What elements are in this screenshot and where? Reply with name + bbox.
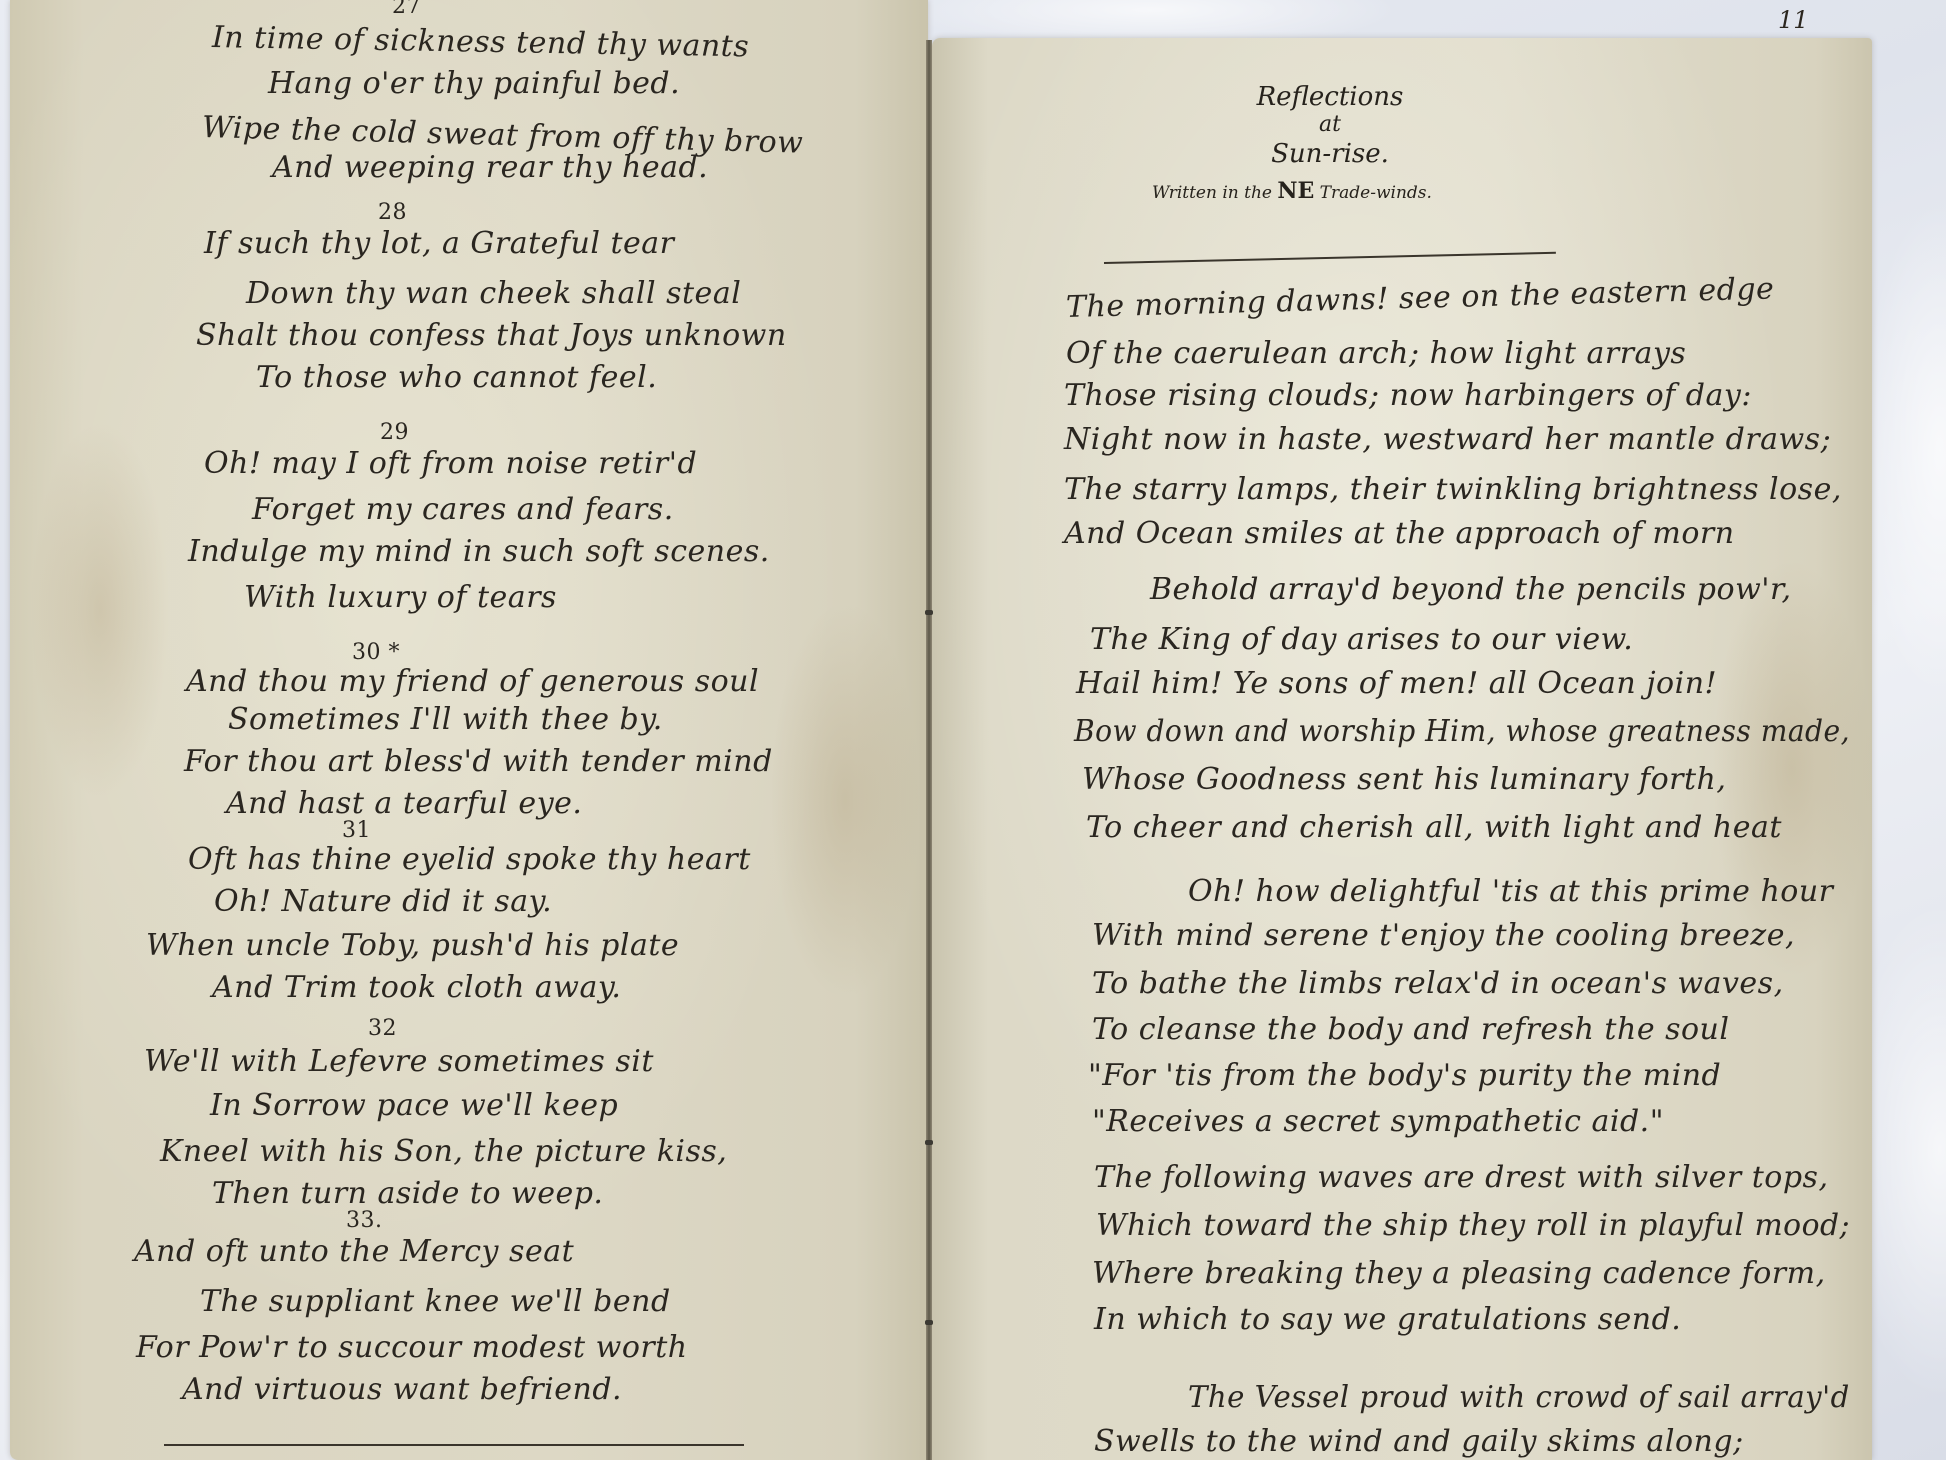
poem-line: With luxury of tears bbox=[244, 580, 557, 615]
poem-line: The Vessel proud with crowd of sail arra… bbox=[1188, 1380, 1850, 1415]
poem-line: Down thy wan cheek shall steal bbox=[246, 276, 741, 311]
poem-line: And weeping rear thy head. bbox=[272, 150, 708, 185]
end-rule bbox=[164, 1444, 744, 1446]
poem-line: And Trim took cloth away. bbox=[212, 970, 621, 1005]
poem-line: Swells to the wind and gaily skims along… bbox=[1094, 1424, 1744, 1459]
paper-stain bbox=[30, 420, 170, 800]
stanza-number: 30 * bbox=[352, 640, 400, 665]
poem-line: Oh! Nature did it say. bbox=[214, 884, 552, 919]
title-line-1: Reflections bbox=[1200, 82, 1460, 112]
poem-line: In which to say we gratulations send. bbox=[1094, 1302, 1681, 1337]
page-number: 11 bbox=[1778, 6, 1809, 34]
poem-line: The King of day arises to our view. bbox=[1090, 622, 1633, 657]
poem-line: Shalt thou confess that Joys unknown bbox=[196, 318, 787, 353]
stanza-number: 31 bbox=[342, 818, 371, 843]
poem-line: "For 'tis from the body's purity the min… bbox=[1088, 1058, 1721, 1093]
poem-line: Kneel with his Son, the picture kiss, bbox=[160, 1134, 727, 1169]
poem-line: And Ocean smiles at the approach of morn bbox=[1064, 516, 1735, 551]
subtitle-post: Trade-winds. bbox=[1314, 183, 1432, 203]
poem-line: Then turn aside to weep. bbox=[212, 1176, 603, 1211]
poem-line: And oft unto the Mercy seat bbox=[134, 1234, 574, 1269]
poem-line: The suppliant knee we'll bend bbox=[200, 1284, 671, 1319]
cloth-background-fold bbox=[1860, 200, 1946, 700]
poem-line: And virtuous want befriend. bbox=[182, 1372, 622, 1407]
poem-line: And hast a tearful eye. bbox=[226, 786, 582, 821]
stanza-number: 32 bbox=[368, 1016, 397, 1041]
paper-stain bbox=[1712, 558, 1872, 978]
poem-line: The starry lamps, their twinkling bright… bbox=[1064, 472, 1842, 507]
poem-line: To cheer and cherish all, with light and… bbox=[1086, 810, 1782, 845]
poem-line: To bathe the limbs relax'd in ocean's wa… bbox=[1092, 966, 1784, 1001]
poem-line: Indulge my mind in such soft scenes. bbox=[188, 534, 770, 569]
binding-stitch bbox=[925, 1320, 933, 1325]
poem-line: Bow down and worship Him, whose greatnes… bbox=[1074, 714, 1850, 749]
poem-subtitle: Written in the NE Trade-winds. bbox=[1152, 178, 1432, 204]
title-line-2: at bbox=[1200, 112, 1460, 138]
poem-line: For Pow'r to succour modest worth bbox=[136, 1330, 688, 1365]
poem-line: If such thy lot, a Grateful tear bbox=[204, 226, 675, 261]
poem-line: Those rising clouds; now harbingers of d… bbox=[1064, 378, 1752, 413]
poem-line: We'll with Lefevre sometimes sit bbox=[144, 1044, 654, 1079]
poem-line: To those who cannot feel. bbox=[256, 360, 657, 395]
binding-stitch bbox=[925, 610, 933, 615]
poem-line: Of the caerulean arch; how light arrays bbox=[1066, 336, 1686, 371]
poem-line: Forget my cares and fears. bbox=[252, 492, 674, 527]
poem-line: "Receives a secret sympathetic aid." bbox=[1092, 1104, 1664, 1139]
stanza-number: 27 bbox=[392, 0, 421, 19]
poem-line: Oh! how delightful 'tis at this prime ho… bbox=[1188, 874, 1834, 909]
subtitle-ne: NE bbox=[1277, 178, 1314, 204]
title-line-3: Sun-rise. bbox=[1200, 138, 1460, 170]
right-page bbox=[932, 38, 1872, 1460]
poem-line: Oft has thine eyelid spoke thy heart bbox=[188, 842, 751, 877]
poem-line: To cleanse the body and refresh the soul bbox=[1092, 1012, 1729, 1047]
poem-line: Oh! may I oft from noise retir'd bbox=[204, 446, 697, 481]
poem-line: Behold array'd beyond the pencils pow'r, bbox=[1150, 572, 1792, 607]
paper-stain bbox=[770, 600, 920, 1000]
poem-line: Hail him! Ye sons of men! all Ocean join… bbox=[1076, 666, 1717, 701]
poem-title: Reflections at Sun-rise. bbox=[1200, 82, 1460, 170]
poem-line: Whose Goodness sent his luminary forth, bbox=[1082, 762, 1726, 797]
poem-line: Hang o'er thy painful bed. bbox=[268, 66, 680, 101]
poem-line: With mind serene t'enjoy the cooling bre… bbox=[1092, 918, 1795, 953]
subtitle-pre: Written in the bbox=[1152, 183, 1277, 203]
poem-line: In Sorrow pace we'll keep bbox=[210, 1088, 618, 1123]
poem-line: Where breaking they a pleasing cadence f… bbox=[1092, 1256, 1826, 1291]
stanza-number: 28 bbox=[378, 200, 407, 225]
poem-line: The following waves are drest with silve… bbox=[1094, 1160, 1828, 1195]
binding-stitch bbox=[925, 1140, 933, 1145]
poem-line: Night now in haste, westward her mantle … bbox=[1064, 422, 1831, 457]
poem-line: And thou my friend of generous soul bbox=[186, 664, 759, 699]
poem-line: Which toward the ship they roll in playf… bbox=[1096, 1208, 1850, 1243]
poem-line: When uncle Toby, push'd his plate bbox=[146, 928, 679, 963]
stanza-number: 29 bbox=[380, 420, 409, 445]
book-gutter bbox=[926, 40, 932, 1460]
poem-line: Sometimes I'll with thee by. bbox=[228, 702, 663, 737]
stanza-number: 33. bbox=[346, 1208, 383, 1233]
poem-line: For thou art bless'd with tender mind bbox=[184, 744, 773, 779]
